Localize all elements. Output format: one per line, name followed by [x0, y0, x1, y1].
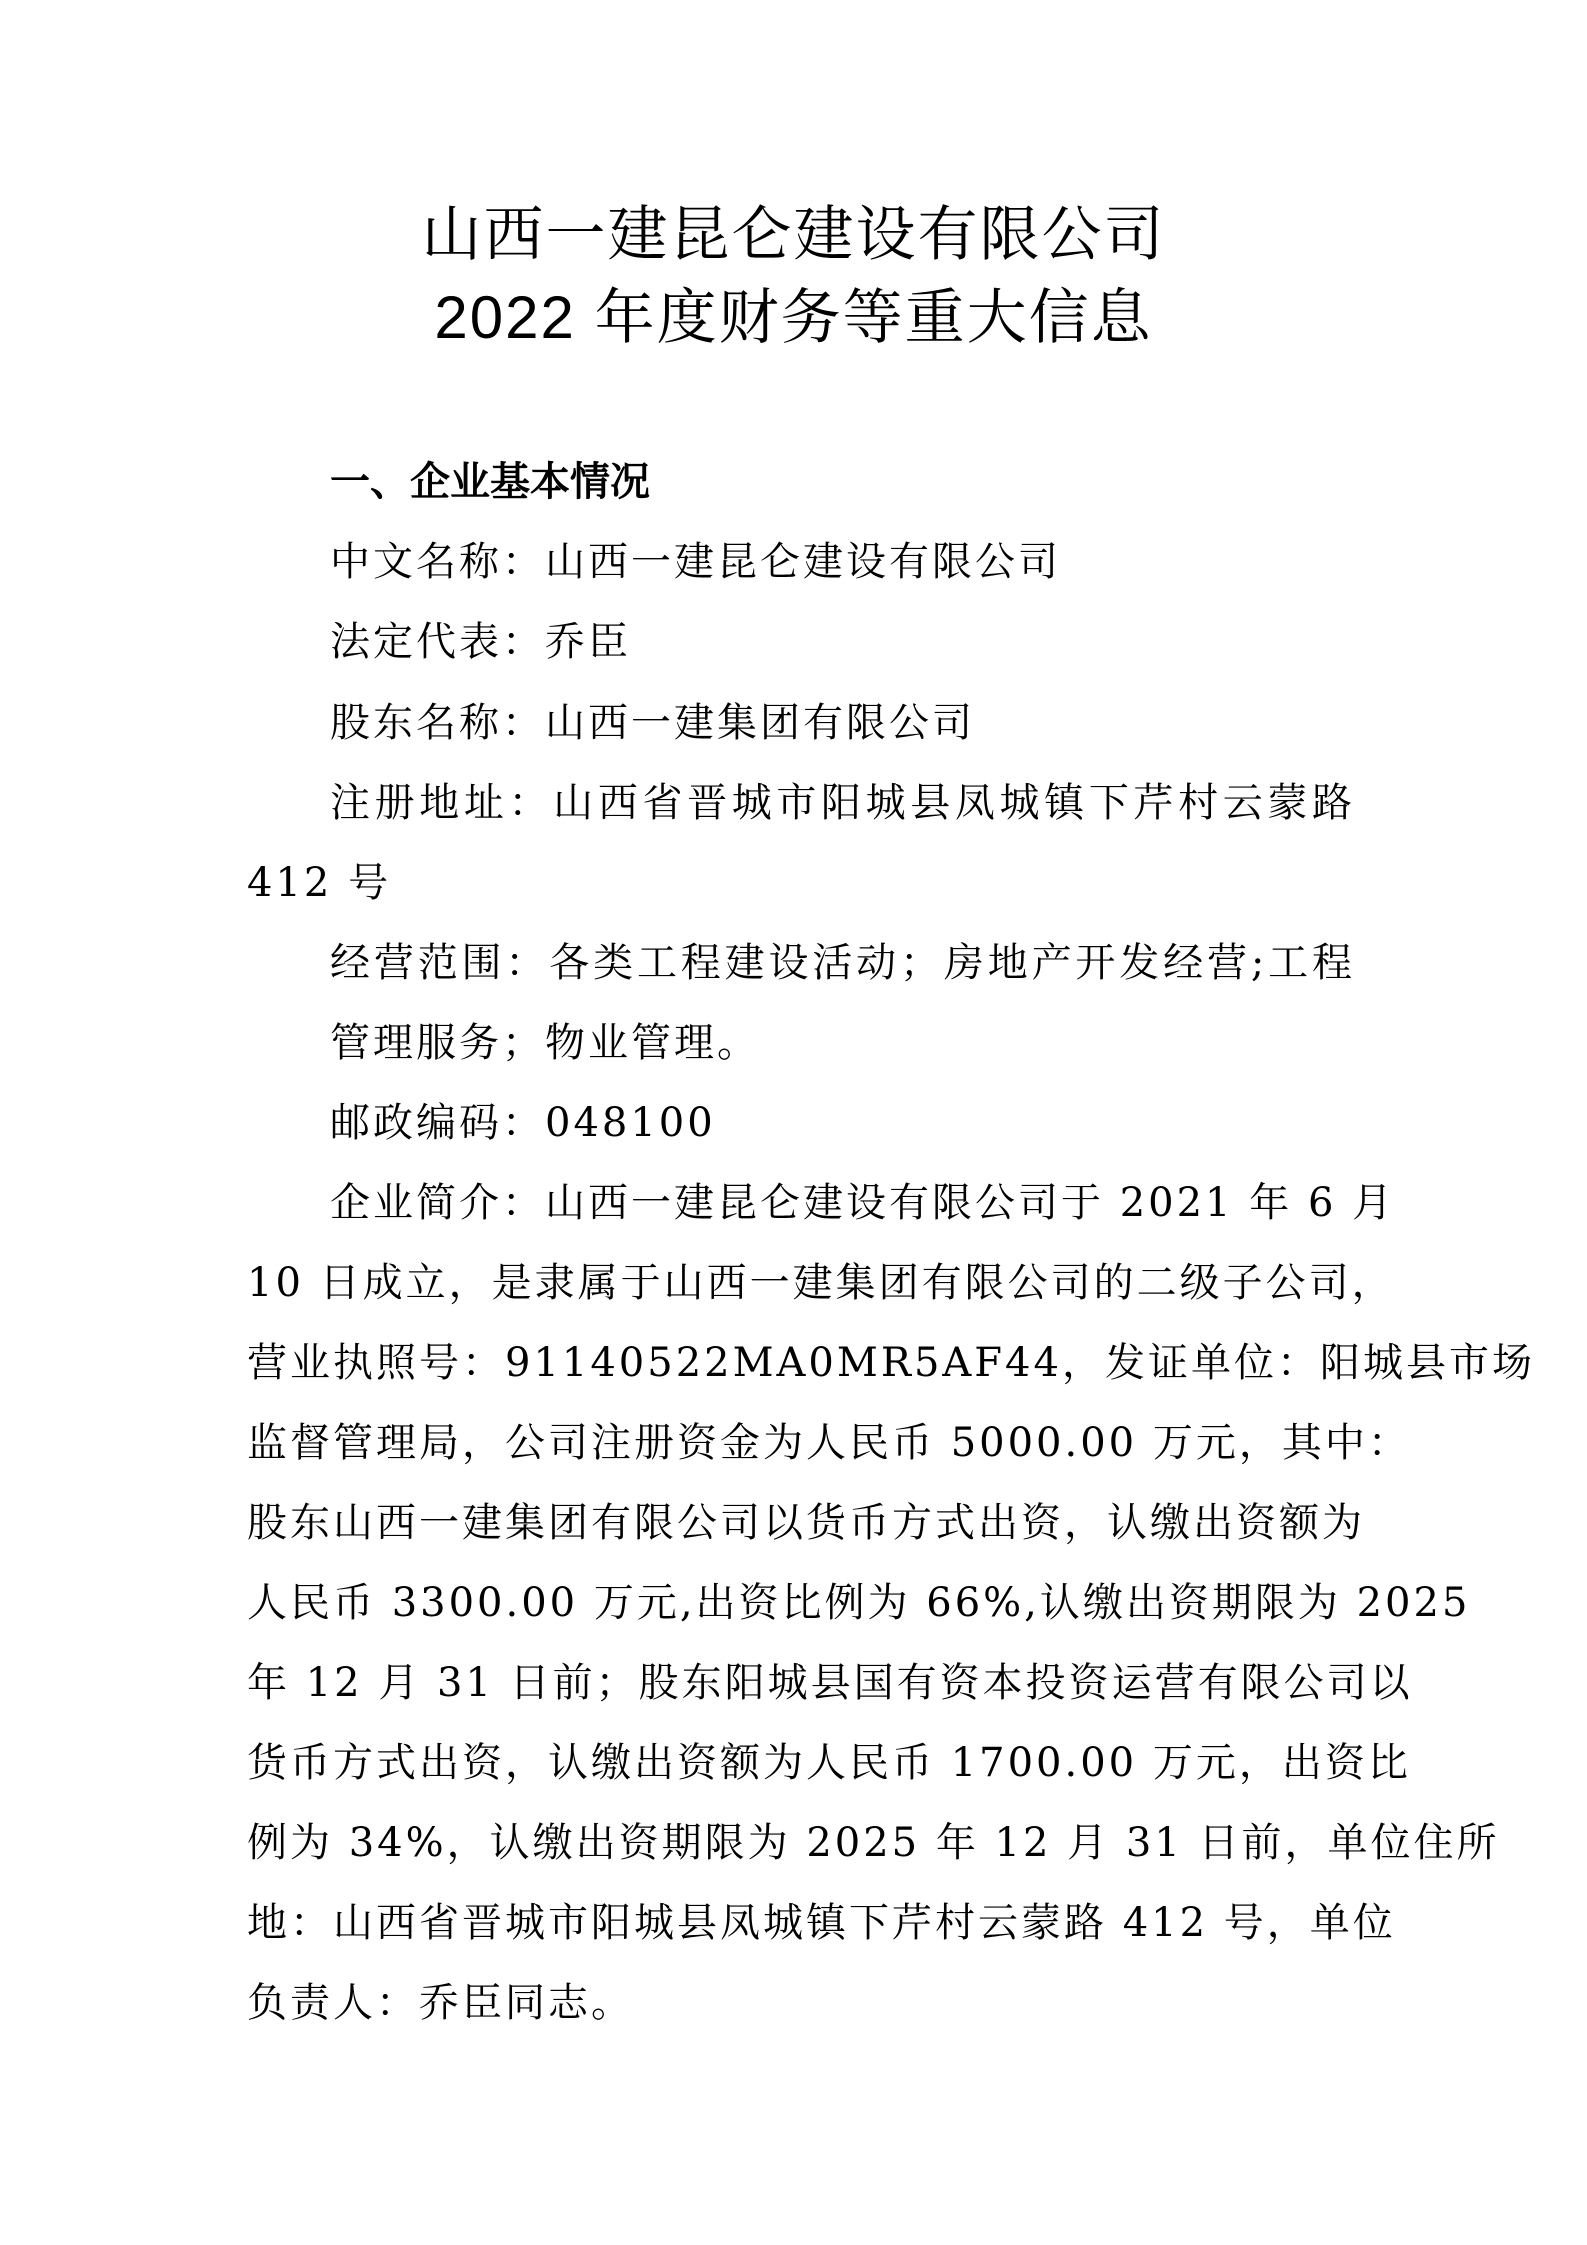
document-page: 山西一建昆仑建设有限公司 2022 年度财务等重大信息 一、企业基本情况 中文名…	[0, 0, 1587, 2245]
field-business-scope-cont: 管理服务；物业管理。	[330, 1013, 760, 1073]
profile-line: 监督管理局，公司注册资金为人民币 5000.00 万元，其中：	[247, 1413, 1357, 1473]
section-heading-basic-info: 一、企业基本情况	[330, 452, 650, 512]
field-registered-address-cont: 412 号	[247, 853, 391, 913]
field-legal-representative: 法定代表：乔臣	[330, 612, 631, 672]
profile-line: 地：山西省晋城市阳城县凤城镇下芹村云蒙路 412 号，单位	[247, 1893, 1357, 1953]
field-business-scope: 经营范围：各类工程建设活动；房地产开发经营;工程	[330, 933, 1355, 993]
profile-line: 年 12 月 31 日前；股东阳城县国有资本投资运营有限公司以	[247, 1653, 1357, 1713]
document-title-line1: 山西一建昆仑建设有限公司	[0, 200, 1587, 270]
profile-line: 负责人：乔臣同志。	[247, 1973, 634, 2033]
profile-line: 营业执照号：91140522MA0MR5AF44，发证单位：阳城县市场	[247, 1333, 1357, 1393]
profile-line: 货币方式出资，认缴出资额为人民币 1700.00 万元，出资比	[247, 1733, 1357, 1793]
profile-line: 10 日成立，是隶属于山西一建集团有限公司的二级子公司，	[247, 1253, 1357, 1313]
field-postal-code: 邮政编码：048100	[330, 1093, 716, 1153]
document-title-line2: 2022 年度财务等重大信息	[0, 283, 1587, 353]
field-chinese-name: 中文名称：山西一建昆仑建设有限公司	[330, 532, 1061, 592]
profile-line: 企业简介：山西一建昆仑建设有限公司于 2021 年 6 月	[330, 1173, 1355, 1233]
field-registered-address: 注册地址：山西省晋城市阳城县凤城镇下芹村云蒙路	[330, 773, 1355, 833]
profile-line: 人民币 3300.00 万元,出资比例为 66%,认缴出资期限为 2025	[247, 1573, 1357, 1633]
profile-line: 股东山西一建集团有限公司以货币方式出资，认缴出资额为	[247, 1493, 1357, 1553]
profile-line: 例为 34%，认缴出资期限为 2025 年 12 月 31 日前，单位住所	[247, 1813, 1357, 1873]
field-shareholder-name: 股东名称：山西一建集团有限公司	[330, 693, 975, 753]
